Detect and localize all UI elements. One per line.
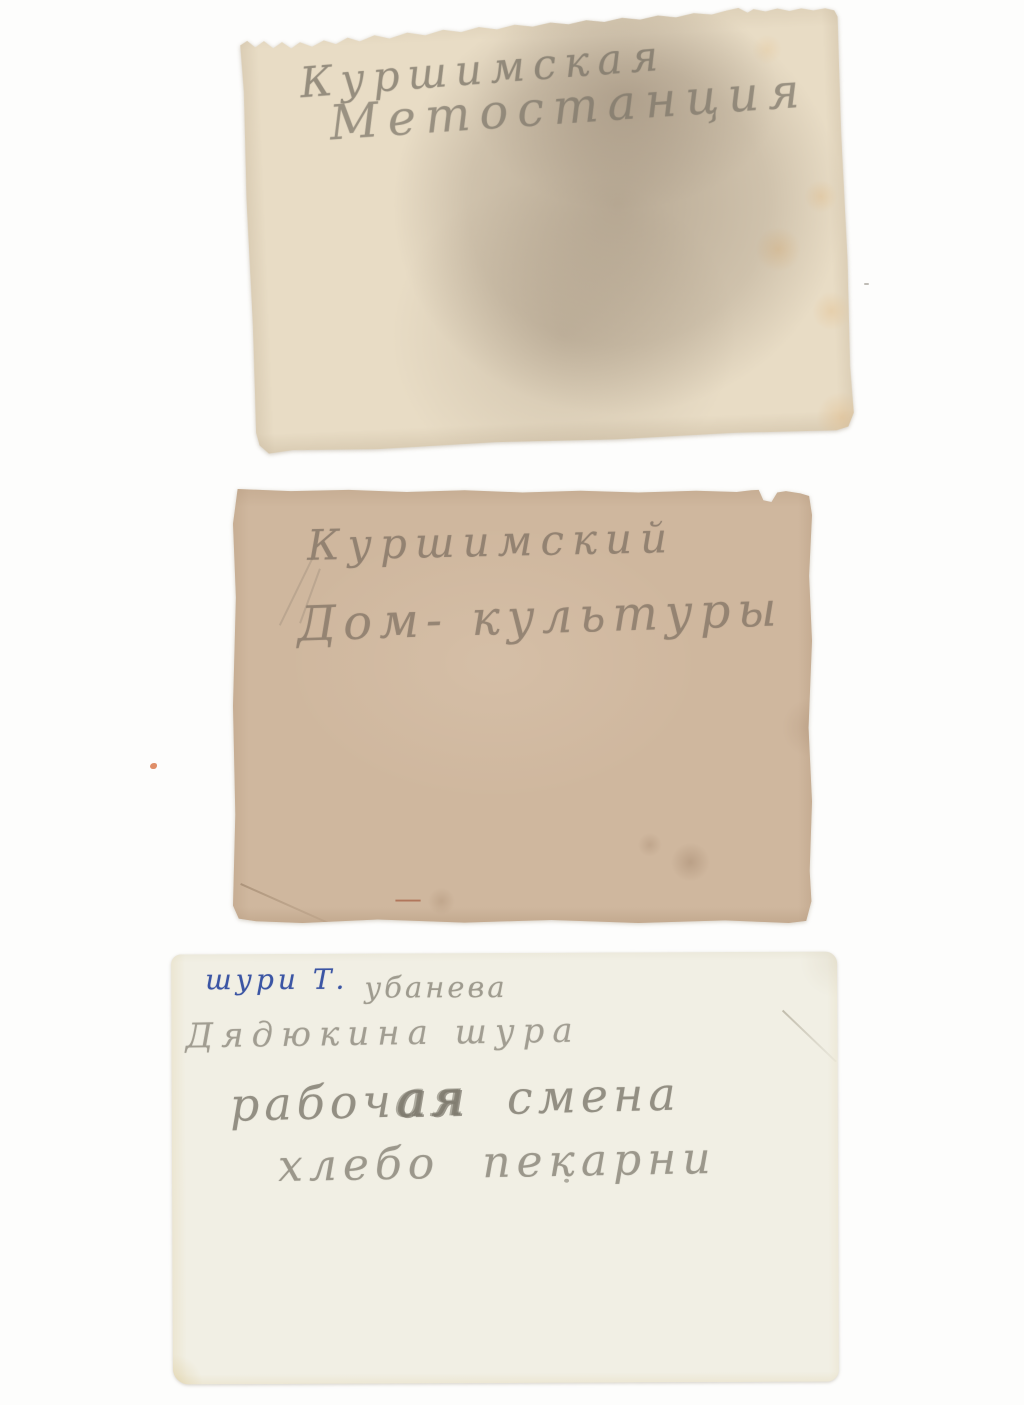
handwriting-line: Куршимский [307, 513, 676, 570]
handwriting-line: рабочаясмена [229, 1064, 681, 1133]
handwriting-line: хлебо пекарни [278, 1133, 717, 1192]
scan-page: Куршимская Метостанция Куршимский Дом- к… [0, 0, 1024, 1405]
handwriting-segment: рабоч [229, 1074, 397, 1132]
overwritten-letters: ая [395, 1069, 469, 1129]
photo-back-card-3: шури Т.убанева Дядюкина шура рабочаясмен… [171, 952, 839, 1385]
photo-back-card-1: Куршимская Метостанция [240, 4, 855, 454]
photo-back-card-2: Куршимский Дом- культуры - [233, 489, 812, 923]
pencil-dot-mark [564, 1179, 569, 1183]
handwriting-ink-segment: шури Т. [205, 963, 348, 997]
orange-speck [150, 763, 157, 769]
handwriting-line: Дом- культуры [296, 581, 784, 652]
handwriting-line: шури Т.убанева [205, 961, 508, 996]
pencil-dash-mark: - [391, 885, 425, 913]
handwriting-pencil-segment: убанева [364, 970, 507, 1005]
corner-crease-line [782, 1010, 837, 1063]
handwriting-segment: смена [506, 1067, 681, 1125]
dust-speck [864, 283, 869, 285]
corner-crease-line [240, 883, 332, 926]
paper-surface-torn-smudged: Куршимская Метостанция [240, 4, 855, 454]
paper-surface-tan: Куршимский Дом- культуры - [233, 489, 812, 923]
handwriting-line: Дядюкина шура [185, 1011, 581, 1057]
